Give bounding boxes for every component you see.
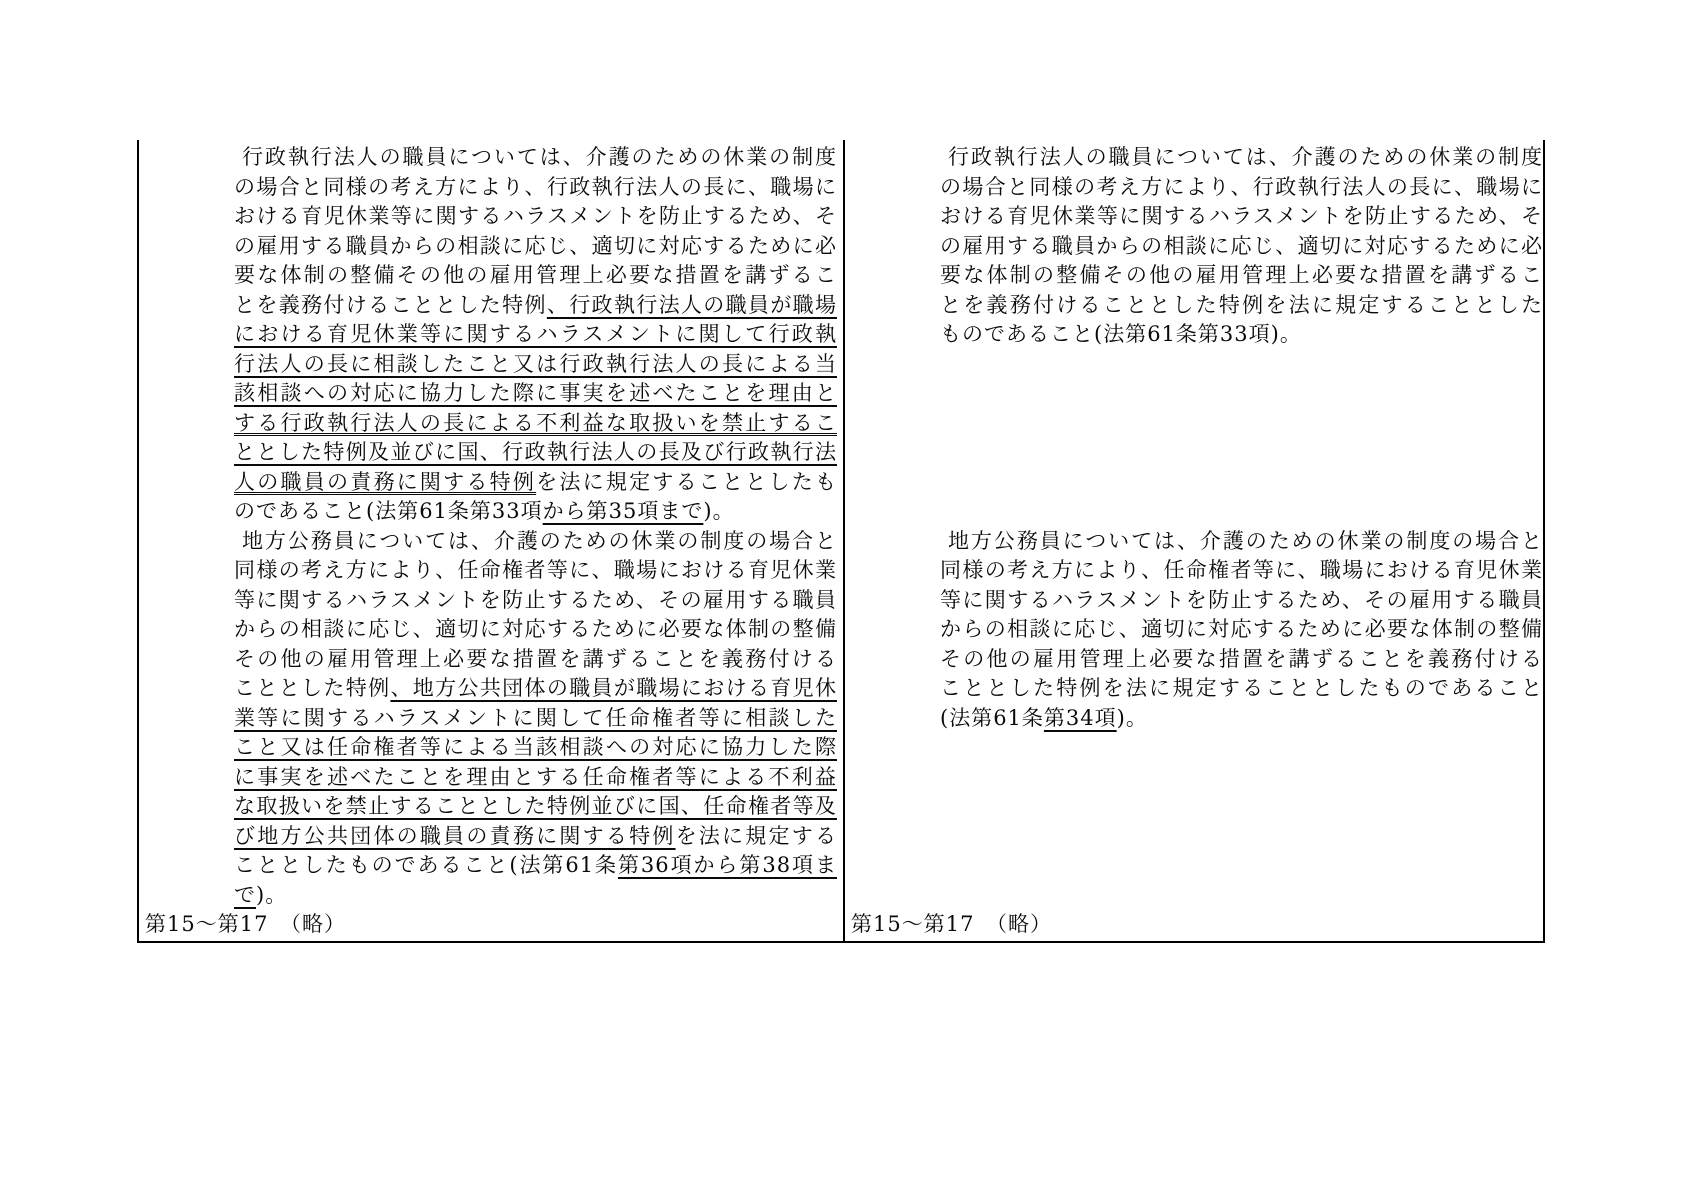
text-line: で)。 <box>234 881 837 911</box>
amended-text-segment: 第36項から第38項ま <box>618 853 837 877</box>
amended-text-segment: で <box>234 883 256 907</box>
text-line: ロ行政執行法人の職員については、介護のための休業の制度 <box>940 143 1543 173</box>
text-line: からの相談に応じ、適切に対応するために必要な体制の整備 <box>234 615 837 645</box>
text-segment: おける育児休業等に関するハラスメントを防止するため、そ <box>940 204 1543 228</box>
text-segment: の雇用する職員からの相談に応じ、適切に対応するために必 <box>940 234 1543 258</box>
text-line: ととした特例及並びに国、行政執行法人の長及び行政執行法 <box>234 438 837 468</box>
amended-text-segment: ととした特例及並びに国、行政執行法人の長及び行政執行法 <box>234 440 837 464</box>
amended-text-segment: 行法人の長に相談したこと又は行政執行法人の長による当 <box>234 352 837 376</box>
text-line: おける育児休業等に関するハラスメントを防止するため、そ <box>234 202 837 232</box>
text-line: 等に関するハラスメントを防止するため、その雇用する職員 <box>940 586 1543 616</box>
column-current-text: ロ行政執行法人の職員については、介護のための休業の制度の場合と同様の考え方により… <box>845 140 1543 941</box>
text-segment: 地方公務員については、介護のための休業の制度の場合と <box>948 529 1543 553</box>
clause-block: ハ地方公務員については、介護のための休業の制度の場合と同様の考え方により、任命権… <box>234 527 837 911</box>
text-segment: 行政執行法人の職員については、介護のための休業の制度 <box>948 145 1543 169</box>
text-line: のであること(法第61条第33項から第35項まで)。 <box>234 497 837 527</box>
text-segment: の場合と同様の考え方により、行政執行法人の長に、職場に <box>940 175 1543 199</box>
amended-text-segment: における育児休業等に関するハラスメントに関して行政執 <box>234 322 837 346</box>
text-line: の雇用する職員からの相談に応じ、適切に対応するために必 <box>234 232 837 262</box>
amended-text-segment: する行政執行法人の長による不利益な取扱いを禁止するこ <box>234 411 837 435</box>
clause-block: ロ行政執行法人の職員については、介護のための休業の制度の場合と同様の考え方により… <box>234 143 837 527</box>
text-segment: )。 <box>256 883 287 907</box>
clause-block: ハ地方公務員については、介護のための休業の制度の場合と同様の考え方により、任命権… <box>940 527 1543 734</box>
text-line: おける育児休業等に関するハラスメントを防止するため、そ <box>940 202 1543 232</box>
text-segment: 行政執行法人の職員については、介護のための休業の制度 <box>242 145 837 169</box>
text-segment: 同様の考え方により、任命権者等に、職場における育児休業 <box>234 558 837 582</box>
text-line: における育児休業等に関するハラスメントに関して行政執 <box>234 320 837 350</box>
text-segment: とを義務付けることとした特例 <box>234 293 547 317</box>
text-line: こととしたものであること(法第61条第36項から第38項ま <box>234 851 837 881</box>
text-line: 行法人の長に相談したこと又は行政執行法人の長による当 <box>234 350 837 380</box>
text-segment: の雇用する職員からの相談に応じ、適切に対応するために必 <box>234 234 837 258</box>
text-segment: )。 <box>1117 706 1148 730</box>
text-segment: ものであること(法第61条第33項)。 <box>940 322 1302 346</box>
column-amended-body: ロ行政執行法人の職員については、介護のための休業の制度の場合と同様の考え方により… <box>139 140 843 910</box>
text-segment: 等に関するハラスメントを防止するため、その雇用する職員 <box>940 588 1543 612</box>
text-segment: からの相談に応じ、適切に対応するために必要な体制の整備 <box>940 617 1543 641</box>
amended-text-segment: な取扱いを禁止することとした特例並びに国、任命権者等及 <box>234 794 837 818</box>
amended-text-segment: 業等に関するハラスメントに関して任命権者等に相談した <box>234 706 837 730</box>
text-line: 等に関するハラスメントを防止するため、その雇用する職員 <box>234 586 837 616</box>
clause-block: ロ行政執行法人の職員については、介護のための休業の制度の場合と同様の考え方により… <box>940 143 1543 350</box>
text-line: 要な体制の整備その他の雇用管理上必要な措置を講ずるこ <box>234 261 837 291</box>
column-amended-text: ロ行政執行法人の職員については、介護のための休業の制度の場合と同様の考え方により… <box>139 140 845 941</box>
text-line: その他の雇用管理上必要な措置を講ずることを義務付ける <box>940 645 1543 675</box>
text-line: 同様の考え方により、任命権者等に、職場における育児休業 <box>940 556 1543 586</box>
text-line: 該相談への対応に協力した際に事実を述べたことを理由と <box>234 379 837 409</box>
section-range-note-right: 第15～第17 （略） <box>851 908 1052 938</box>
text-line: ロ行政執行法人の職員については、介護のための休業の制度 <box>234 143 837 173</box>
text-segment: 地方公務員については、介護のための休業の制度の場合と <box>242 529 837 553</box>
text-line: からの相談に応じ、適切に対応するために必要な体制の整備 <box>940 615 1543 645</box>
text-line: する行政執行法人の長による不利益な取扱いを禁止するこ <box>234 409 837 439</box>
text-segment: を法に規定する <box>676 824 837 848</box>
text-segment: こととした特例 <box>234 676 390 700</box>
text-segment: こととしたものであること(法第61条 <box>234 853 618 877</box>
text-segment: その他の雇用管理上必要な措置を講ずることを義務付ける <box>940 647 1543 671</box>
text-segment: のであること(法第61条第33項 <box>234 499 543 523</box>
text-segment: (法第61条 <box>940 706 1044 730</box>
text-line: 人の職員の責務に関する特例を法に規定することとしたも <box>234 468 837 498</box>
text-line: の場合と同様の考え方により、行政執行法人の長に、職場に <box>234 173 837 203</box>
text-line: ハ地方公務員については、介護のための休業の制度の場合と <box>940 527 1543 557</box>
text-segment: その他の雇用管理上必要な措置を講ずることを義務付ける <box>234 647 837 671</box>
text-line: ものであること(法第61条第33項)。 <box>940 320 1543 350</box>
text-line: こととした特例を法に規定することとしたものであること <box>940 674 1543 704</box>
text-line: とを義務付けることとした特例、行政執行法人の職員が職場 <box>234 291 837 321</box>
text-segment: 要な体制の整備その他の雇用管理上必要な措置を講ずるこ <box>940 263 1543 287</box>
text-line: び地方公共団体の職員の責務に関する特例を法に規定する <box>234 822 837 852</box>
amended-text-segment: び地方公共団体の職員の責務に関する特例 <box>234 824 676 848</box>
text-line: 業等に関するハラスメントに関して任命権者等に相談した <box>234 704 837 734</box>
amended-text-segment: 人の職員の責務に関する特例 <box>234 470 536 494</box>
text-segment: こととした特例を法に規定することとしたものであること <box>940 676 1543 700</box>
text-line: こととした特例、地方公共団体の職員が職場における育児休 <box>234 674 837 704</box>
amended-text-segment: 該相談への対応に協力した際に事実を述べたことを理由と <box>234 381 837 405</box>
text-line: に事実を述べたことを理由とする任命権者等による不利益 <box>234 763 837 793</box>
text-line: とを義務付けることとした特例を法に規定することとした <box>940 291 1543 321</box>
text-line: ハ地方公務員については、介護のための休業の制度の場合と <box>234 527 837 557</box>
column-current-body: ロ行政執行法人の職員については、介護のための休業の制度の場合と同様の考え方により… <box>845 140 1543 733</box>
amended-text-segment: から第35項まで <box>543 499 704 523</box>
text-segment: 要な体制の整備その他の雇用管理上必要な措置を講ずるこ <box>234 263 837 287</box>
text-segment: を法に規定することとしたも <box>536 470 837 494</box>
text-segment: の場合と同様の考え方により、行政執行法人の長に、職場に <box>234 175 837 199</box>
text-line: 同様の考え方により、任命権者等に、職場における育児休業 <box>234 556 837 586</box>
comparison-table: ロ行政執行法人の職員については、介護のための休業の制度の場合と同様の考え方により… <box>137 140 1545 943</box>
text-line: 要な体制の整備その他の雇用管理上必要な措置を講ずるこ <box>940 261 1543 291</box>
text-segment: とを義務付けることとした特例を法に規定することとした <box>940 293 1543 317</box>
text-segment: 同様の考え方により、任命権者等に、職場における育児休業 <box>940 558 1543 582</box>
text-line: (法第61条第34項)。 <box>940 704 1543 734</box>
amended-text-segment: こと又は任命権者等による当該相談への対応に協力した際 <box>234 735 837 759</box>
text-line: な取扱いを禁止することとした特例並びに国、任命権者等及 <box>234 792 837 822</box>
text-line: その他の雇用管理上必要な措置を講ずることを義務付ける <box>234 645 837 675</box>
text-line: こと又は任命権者等による当該相談への対応に協力した際 <box>234 733 837 763</box>
text-line: の場合と同様の考え方により、行政執行法人の長に、職場に <box>940 173 1543 203</box>
text-segment: からの相談に応じ、適切に対応するために必要な体制の整備 <box>234 617 837 641</box>
text-line: の雇用する職員からの相談に応じ、適切に対応するために必 <box>940 232 1543 262</box>
text-segment: 等に関するハラスメントを防止するため、その雇用する職員 <box>234 588 837 612</box>
amended-text-segment: 第34項 <box>1044 706 1117 730</box>
amended-text-segment: に事実を述べたことを理由とする任命権者等による不利益 <box>234 765 837 789</box>
amended-text-segment: 、地方公共団体の職員が職場における育児休 <box>390 676 837 700</box>
section-range-note-left: 第15～第17 （略） <box>145 908 346 938</box>
text-segment: )。 <box>703 499 734 523</box>
text-segment: おける育児休業等に関するハラスメントを防止するため、そ <box>234 204 837 228</box>
amended-text-segment: 、行政執行法人の職員が職場 <box>547 293 837 317</box>
